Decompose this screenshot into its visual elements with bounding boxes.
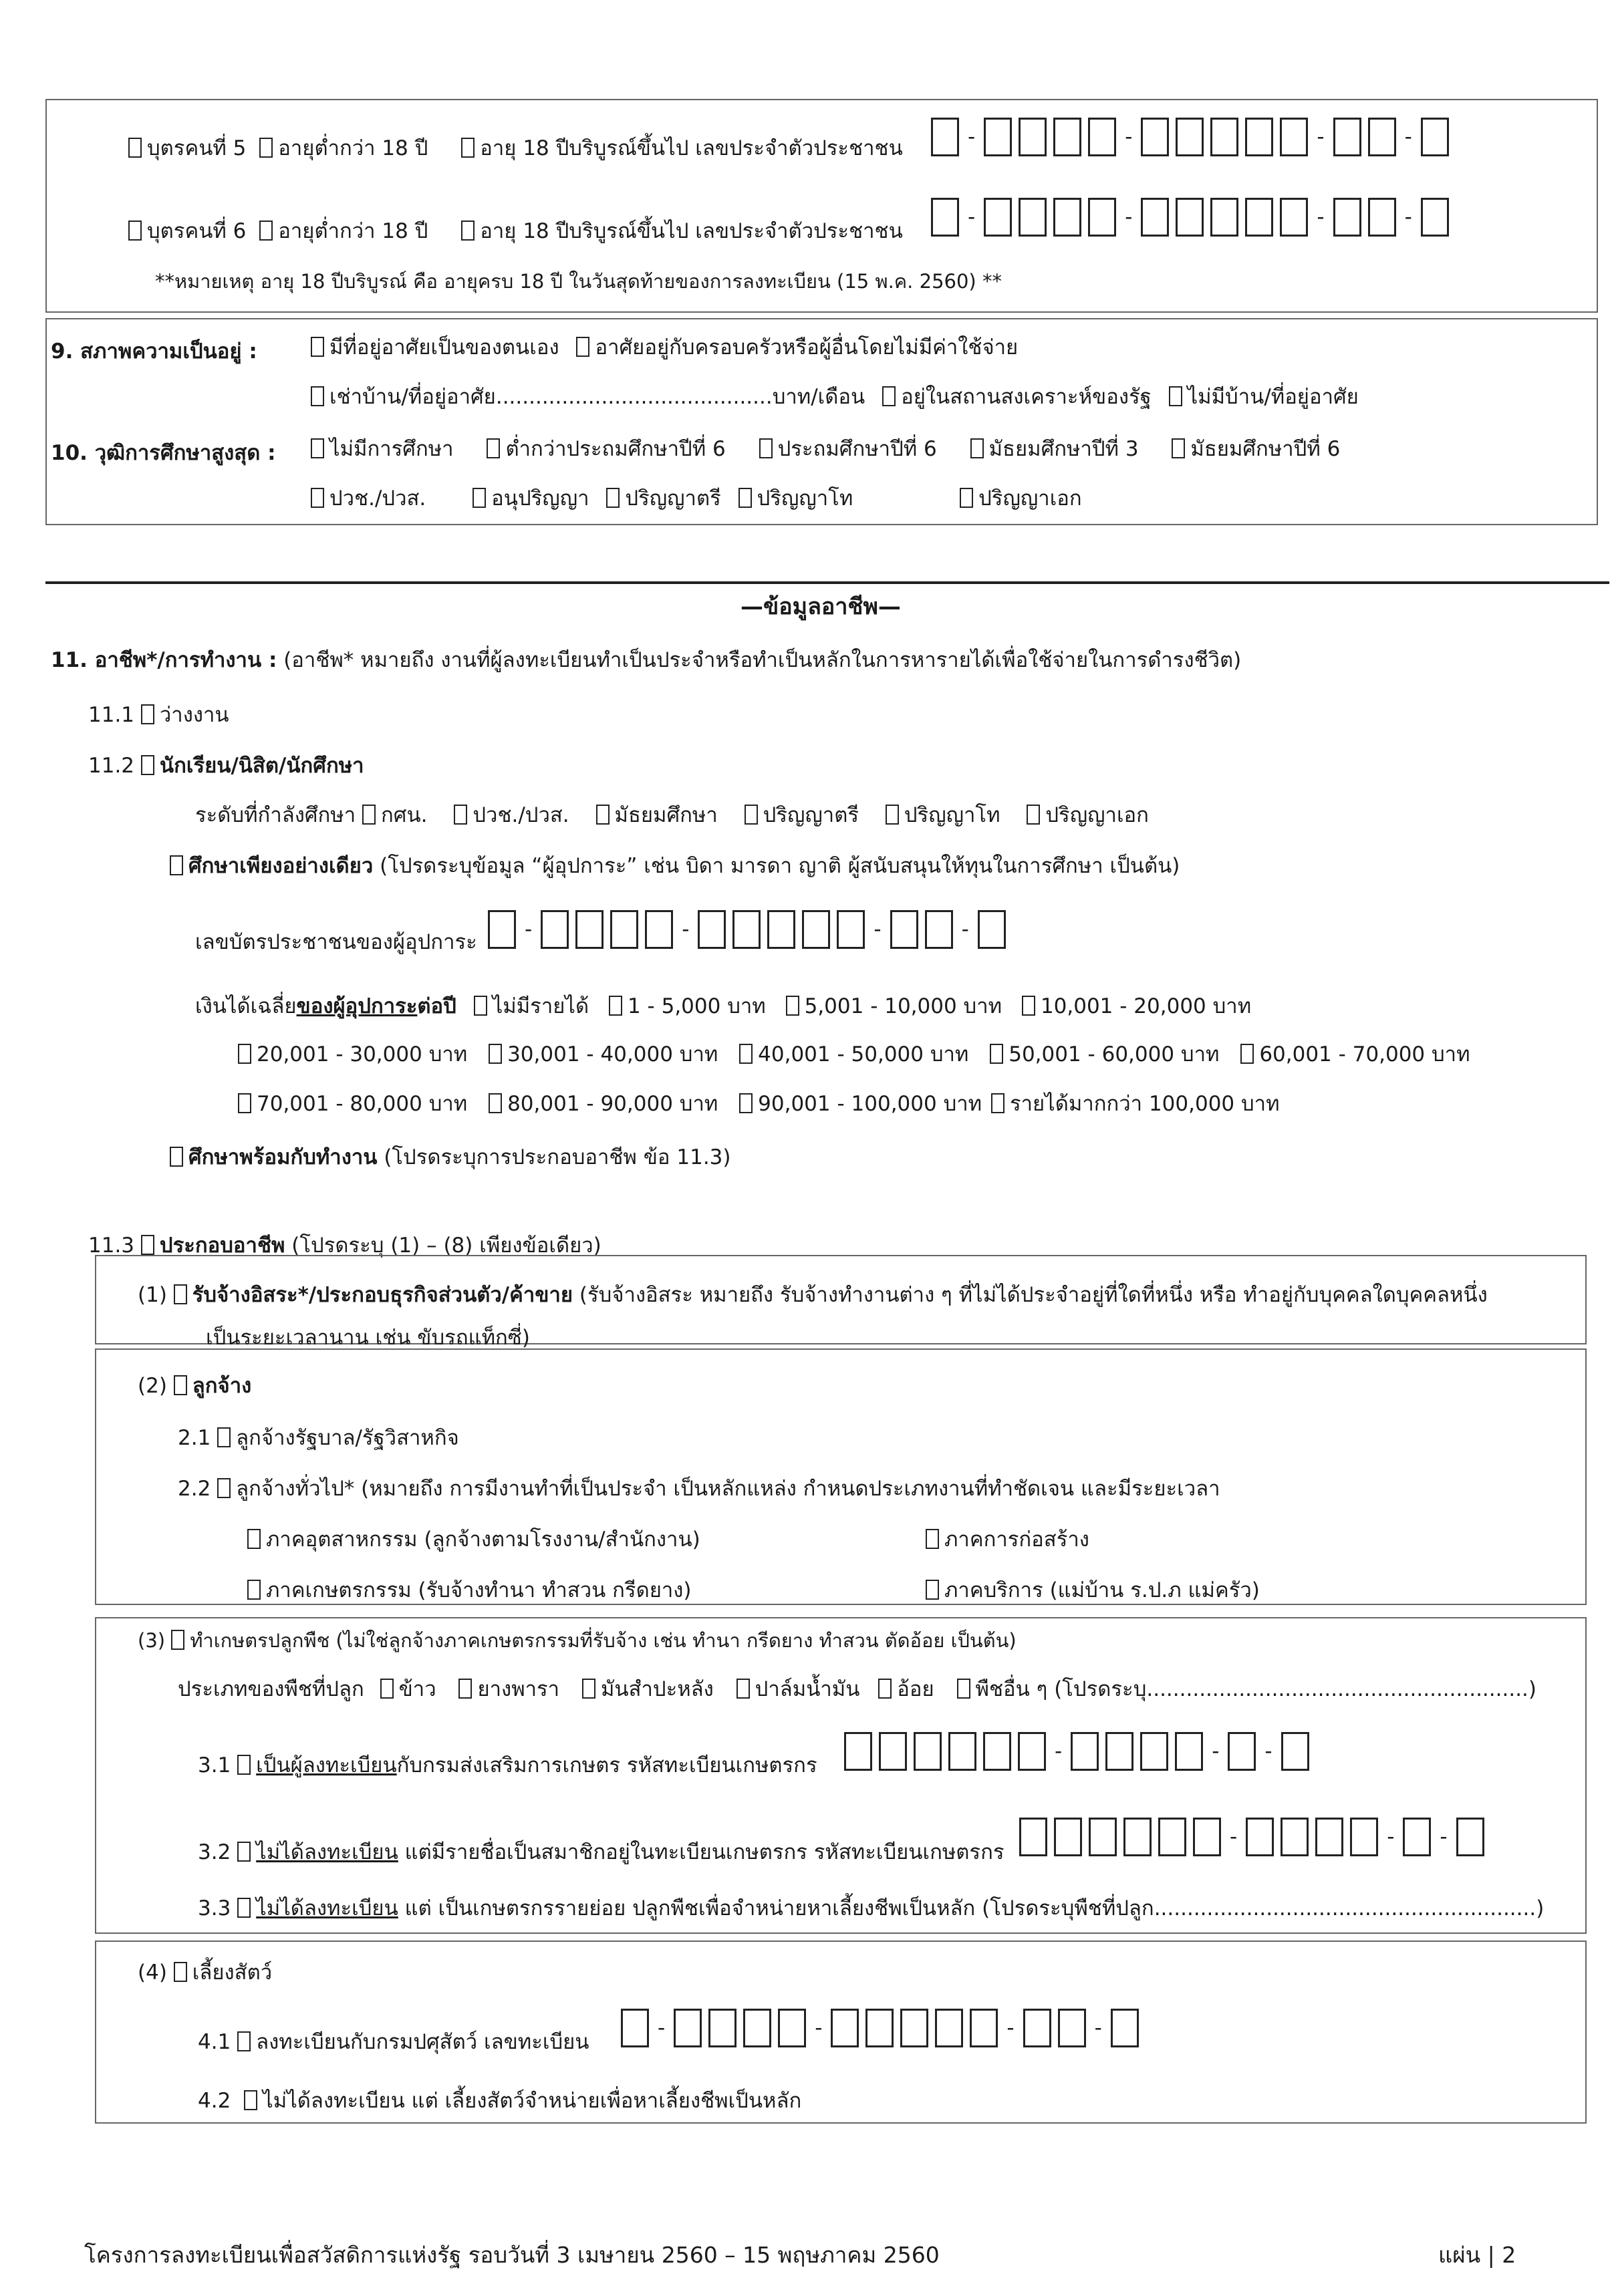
separator: - — [1125, 205, 1132, 229]
digit-box[interactable] — [948, 1732, 976, 1771]
section-title: —ข้อมูลอาชีพ— — [741, 588, 901, 624]
option-label: 50,001 - 60,000 บาท — [1009, 1042, 1219, 1066]
digit-box[interactable] — [1140, 1732, 1168, 1771]
digit-box[interactable] — [1281, 1818, 1309, 1856]
item-num: 11.1 — [88, 703, 134, 727]
option-label: ยางพารา — [477, 1677, 559, 1701]
checkbox-level[interactable] — [1027, 805, 1040, 825]
livestock-reg-field[interactable]: ---- — [618, 2009, 1142, 2047]
digit-box[interactable] — [984, 118, 1012, 156]
digit-box[interactable] — [1088, 198, 1116, 237]
option-label: ประกอบอาชีพ — [160, 1234, 285, 1258]
digit-box[interactable] — [743, 2009, 771, 2047]
checkbox-registered-farmer[interactable] — [237, 1755, 251, 1775]
digit-box[interactable] — [802, 910, 830, 949]
digit-box[interactable] — [1246, 1818, 1274, 1856]
digit-box[interactable] — [1333, 198, 1361, 237]
checkbox-income[interactable] — [1240, 1044, 1254, 1064]
crop-label: ประเภทของพืชที่ปลูก — [178, 1677, 364, 1701]
checkbox-level[interactable] — [745, 805, 758, 825]
checkbox-edu[interactable] — [1172, 438, 1185, 458]
digit-box[interactable] — [978, 910, 1006, 949]
checkbox-crop[interactable] — [380, 1679, 394, 1699]
option-label: มัธยมศึกษาปีที่ 3 — [989, 437, 1139, 461]
checkbox-crop[interactable] — [458, 1679, 472, 1699]
option-label: ไม่ได้ลงทะเบียน แต่ เลี้ยงสัตว์จำหน่ายเพ… — [263, 2089, 801, 2113]
checkbox-income[interactable] — [739, 1093, 753, 1113]
occupation-2: (2) ลูกจ้าง — [138, 1369, 251, 1402]
farmer-code-field-3-1[interactable]: --- — [841, 1732, 1313, 1771]
checkbox-over18[interactable] — [461, 221, 475, 241]
checkbox-under18[interactable] — [259, 221, 273, 241]
option-label: 30,001 - 40,000 บาท — [507, 1042, 718, 1066]
digit-box[interactable] — [983, 1732, 1011, 1771]
option-label: ปวช./ปวส. — [473, 803, 569, 827]
checkbox-unemployed[interactable] — [141, 704, 154, 724]
checkbox-over18[interactable] — [461, 138, 475, 158]
checkbox-live-with-family[interactable] — [576, 337, 589, 357]
checkbox-child-6[interactable] — [128, 221, 142, 241]
separator: - — [1317, 205, 1324, 229]
item-num: (4) — [138, 1961, 167, 1985]
digit-box[interactable] — [1210, 118, 1238, 156]
digit-box[interactable] — [1019, 198, 1047, 237]
digit-box[interactable] — [1193, 1818, 1221, 1856]
option-desc: (รับจ้างอิสระ หมายถึง รับจ้างทำงานต่าง ๆ… — [579, 1283, 1488, 1307]
digit-box[interactable] — [931, 198, 959, 237]
separator: - — [874, 917, 881, 942]
digit-box[interactable] — [1350, 1818, 1378, 1856]
checkbox-under18[interactable] — [259, 138, 273, 158]
checkbox-livestock-registered[interactable] — [237, 2031, 251, 2051]
option-label: ต่ำกว่าประถมศึกษาปีที่ 6 — [505, 437, 725, 461]
q11-label: 11. อาชีพ*/การทำงาน : — [51, 648, 277, 672]
income-label-year: ต่อปี — [417, 994, 456, 1018]
occupation-4-2: 4.2 ไม่ได้ลงทะเบียน แต่ เลี้ยงสัตว์จำหน่… — [198, 2084, 801, 2117]
checkbox-child-5[interactable] — [128, 138, 142, 158]
digit-box[interactable] — [1421, 198, 1449, 237]
digit-box[interactable] — [1368, 198, 1396, 237]
option-label: 70,001 - 80,000 บาท — [257, 1092, 467, 1116]
option-label: 80,001 - 90,000 บาท — [507, 1092, 718, 1116]
separator: - — [1440, 1825, 1447, 1849]
option-label: ศึกษาเพียงอย่างเดียว — [188, 854, 373, 878]
option-label: ไม่มีรายได้ — [493, 994, 589, 1018]
checkbox-edu[interactable] — [759, 438, 773, 458]
occupation-2-1: 2.1 ลูกจ้างรัฐบาล/รัฐวิสาหกิจ — [178, 1421, 459, 1454]
q9-row2: เช่าบ้าน/ที่อยู่อาศัย...................… — [311, 380, 1359, 413]
digit-box[interactable] — [1023, 2009, 1051, 2047]
digit-box[interactable] — [621, 2009, 649, 2047]
income-row-1: เงินได้เฉลี่ยของผู้อุปการะต่อปี ไม่มีราย… — [195, 989, 1251, 1022]
checkbox-gov-employee[interactable] — [217, 1427, 231, 1447]
option-label: 40,001 - 50,000 บาท — [758, 1042, 968, 1066]
q10-row1: ไม่มีการศึกษา ต่ำกว่าประถมศึกษาปีที่ 6 ป… — [311, 432, 1340, 465]
digit-box[interactable] — [575, 910, 603, 949]
digit-box[interactable] — [879, 1732, 907, 1771]
option-desc: (โปรดระบุการประกอบอาชีพ ข้อ 11.3) — [384, 1145, 730, 1169]
option-label: ปาล์มน้ำมัน — [755, 1677, 860, 1701]
option-label-underlined: ไม่ได้ลงทะเบียน — [256, 1896, 398, 1920]
sector-agriculture: ภาคเกษตรกรรม (รับจ้างทำนา ทำสวน กรีดยาง) — [247, 1573, 692, 1606]
item-num: (2) — [138, 1374, 167, 1398]
option-label: ปริญญาเอก — [1045, 803, 1149, 827]
separator: - — [525, 917, 532, 942]
digit-box[interactable] — [541, 910, 569, 949]
checkbox-edu[interactable] — [960, 488, 973, 508]
checkbox-income[interactable] — [474, 996, 487, 1016]
option-label: ลูกจ้างรัฐบาล/รัฐวิสาหกิจ — [236, 1426, 459, 1450]
digit-box[interactable] — [1053, 198, 1081, 237]
option-desc: (โปรดระบุข้อมูล “ผู้อุปการะ” เช่น บิดา ม… — [380, 854, 1180, 878]
checkbox-edu[interactable] — [606, 488, 620, 508]
separator: - — [815, 2016, 822, 2040]
digit-box[interactable] — [1054, 1818, 1082, 1856]
digit-box[interactable] — [844, 1732, 872, 1771]
checkbox-income[interactable] — [238, 1044, 251, 1064]
q11-2: 11.2 นักเรียน/นิสิต/นักศึกษา — [88, 748, 364, 782]
checkbox-freelance[interactable] — [174, 1284, 187, 1304]
page-number: แผ่น | 2 — [1438, 2237, 1516, 2273]
citizen-id-field-child-5[interactable]: ---- — [928, 118, 1452, 156]
option-label: นักเรียน/นิสิต/นักศึกษา — [160, 754, 364, 778]
option-label: รายได้มากกว่า 100,000 บาท — [1010, 1092, 1280, 1116]
digit-box[interactable] — [1071, 1732, 1099, 1771]
occupation-4: (4) เลี้ยงสัตว์ — [138, 1955, 272, 1989]
checkbox-employee[interactable] — [174, 1375, 187, 1395]
separator: - — [1007, 2016, 1014, 2040]
digit-box[interactable] — [1281, 1732, 1309, 1771]
option-label: ปริญญาโท — [757, 486, 853, 511]
child-label: บุตรคนที่ 6 — [147, 219, 246, 243]
income-label-guardian: ของผู้อุปการะ — [297, 994, 418, 1018]
option-label-underlined: เป็นผู้ลงทะเบียน — [256, 1753, 396, 1777]
checkbox-income[interactable] — [990, 1044, 1003, 1064]
separator: - — [1095, 2016, 1102, 2040]
digit-box[interactable] — [1176, 118, 1204, 156]
child-row-6: บุตรคนที่ 6 อายุต่ำกว่า 18 ปี อายุ 18 ปี… — [128, 214, 903, 247]
separator: - — [1264, 1739, 1272, 1763]
checkbox-level[interactable] — [362, 805, 376, 825]
checkbox-income[interactable] — [489, 1044, 502, 1064]
q11-1: 11.1 ว่างงาน — [88, 698, 229, 731]
option-label: มัธยมศึกษา — [615, 803, 718, 827]
separator: - — [1317, 125, 1324, 149]
separator: - — [1230, 1825, 1237, 1849]
item-num: 4.1 — [198, 2030, 231, 2054]
option-label: ภาคการก่อสร้าง — [944, 1528, 1089, 1552]
digit-box[interactable] — [1403, 1818, 1431, 1856]
option-label: ข้าว — [399, 1677, 436, 1701]
option-label: 10,001 - 20,000 บาท — [1041, 994, 1251, 1018]
checkbox-income[interactable] — [1022, 996, 1035, 1016]
option-label: รับจ้างอิสระ*/ประกอบธุรกิจส่วนตัว/ค้าขาย — [192, 1283, 573, 1307]
option-label: ปริญญาโท — [904, 803, 1000, 827]
checkbox-own-home[interactable] — [311, 337, 324, 357]
checkbox-student[interactable] — [141, 755, 154, 775]
digit-box[interactable] — [900, 2009, 928, 2047]
under18-label: อายุต่ำกว่า 18 ปี — [278, 219, 428, 243]
checkbox-edu[interactable] — [970, 438, 984, 458]
digit-box[interactable] — [1245, 118, 1273, 156]
digit-box[interactable] — [488, 910, 516, 949]
checkbox-crop[interactable] — [878, 1679, 892, 1699]
citizen-id-field-child-6[interactable]: ---- — [928, 198, 1452, 237]
separator: - — [1055, 1739, 1062, 1763]
income-row-3: 70,001 - 80,000 บาท 80,001 - 90,000 บาท … — [238, 1087, 1280, 1120]
option-label: ไม่มีการศึกษา — [329, 437, 454, 461]
digit-box[interactable] — [1245, 198, 1273, 237]
option-label: ปวช./ปวส. — [329, 486, 426, 511]
q10-label: 10. วุฒิการศึกษาสูงสุด : — [51, 436, 276, 469]
guardian-id-label: เลขบัตรประชาชนของผู้อุปการะ — [195, 925, 477, 958]
digit-box[interactable] — [931, 118, 959, 156]
separator: - — [1405, 125, 1412, 149]
study-only-row: ศึกษาเพียงอย่างเดียว (โปรดระบุข้อมูล “ผู… — [170, 849, 1180, 882]
checkbox-income[interactable] — [786, 996, 799, 1016]
age-note: **หมายเหตุ อายุ 18 ปีบริบูรณ์ คือ อายุคร… — [155, 266, 1002, 297]
occupation-1: (1) รับจ้างอิสระ*/ประกอบธุรกิจส่วนตัว/ค้… — [138, 1278, 1488, 1311]
study-work-row: ศึกษาพร้อมกับทำงาน (โปรดระบุการประกอบอาช… — [170, 1140, 731, 1173]
study-level-row: ระดับที่กำลังศึกษา กศน. ปวช./ปวส. มัธยมศ… — [195, 798, 1149, 831]
option-label: ภาคบริการ (แม่บ้าน ร.ป.ภ แม่ครัว) — [944, 1578, 1260, 1602]
checkbox-crop[interactable] — [582, 1679, 595, 1699]
checkbox-edu[interactable] — [473, 488, 486, 508]
option-label: กับกรมส่งเสริมการเกษตร รหัสทะเบียนเกษตรก… — [397, 1753, 817, 1777]
item-num: 3.3 — [198, 1896, 231, 1920]
digit-box[interactable] — [1456, 1818, 1484, 1856]
checkbox-crop[interactable] — [736, 1679, 750, 1699]
checkbox-study-work[interactable] — [170, 1147, 183, 1167]
digit-box[interactable] — [732, 910, 761, 949]
separator: - — [962, 917, 969, 942]
crop-types-row: ประเภทของพืชที่ปลูก ข้าว ยางพารา มันสำปะ… — [178, 1672, 1536, 1705]
option-desc: (โปรดระบุ (1) – (8) เพียงข้อเดียว) — [291, 1234, 601, 1258]
digit-box[interactable] — [1123, 1818, 1152, 1856]
item-num: 3.2 — [198, 1840, 231, 1864]
digit-box[interactable] — [935, 2009, 963, 2047]
checkbox-sector[interactable] — [926, 1580, 939, 1600]
digit-box[interactable] — [1210, 198, 1238, 237]
option-label: มีที่อยู่อาศัยเป็นของตนเอง — [329, 335, 559, 360]
checkbox-sector[interactable] — [926, 1529, 939, 1549]
option-label: เช่าบ้าน/ที่อยู่อาศัย...................… — [329, 385, 865, 409]
separator: - — [658, 2016, 665, 2040]
digit-box[interactable] — [1158, 1818, 1186, 1856]
digit-box[interactable] — [708, 2009, 736, 2047]
checkbox-sector[interactable] — [247, 1529, 261, 1549]
separator: - — [968, 125, 975, 149]
option-label: อยู่ในสถานสงเคราะห์ของรัฐ — [901, 385, 1152, 409]
checkbox-livestock-unregistered[interactable] — [244, 2090, 257, 2110]
checkbox-small-farmer[interactable] — [237, 1898, 251, 1918]
digit-box[interactable] — [698, 910, 726, 949]
over18-label: อายุ 18 ปีบริบูรณ์ขึ้นไป เลขประจำตัวประช… — [480, 219, 902, 243]
digit-box[interactable] — [984, 198, 1012, 237]
option-label-underlined: ไม่ได้ลงทะเบียน — [256, 1840, 398, 1864]
option-label: 20,001 - 30,000 บาท — [257, 1042, 467, 1066]
level-label: ระดับที่กำลังศึกษา — [195, 803, 356, 827]
separator: - — [968, 205, 975, 229]
checkbox-income[interactable] — [238, 1093, 251, 1113]
digit-box[interactable] — [1280, 118, 1308, 156]
option-label: มันสำปะหลัง — [601, 1677, 714, 1701]
checkbox-edu[interactable] — [311, 488, 324, 508]
separator: - — [1125, 125, 1132, 149]
q10-row2: ปวช./ปวส. อนุปริญญา ปริญญาตรี ปริญญาโท ป… — [311, 481, 1082, 515]
q9-row1: มีที่อยู่อาศัยเป็นของตนเอง อาศัยอยู่กับค… — [311, 330, 1018, 364]
checkbox-study-only[interactable] — [170, 855, 183, 875]
option-label: 1 - 5,000 บาท — [628, 994, 766, 1018]
digit-box[interactable] — [1111, 2009, 1139, 2047]
section-divider — [45, 581, 1609, 584]
digit-box[interactable] — [1018, 1732, 1046, 1771]
checkbox-level[interactable] — [886, 805, 899, 825]
item-num: (1) — [138, 1283, 167, 1307]
sector-construction: ภาคการก่อสร้าง — [926, 1522, 1089, 1556]
digit-box[interactable] — [1368, 118, 1396, 156]
occupation-3-1: 3.1 เป็นผู้ลงทะเบียนกับกรมส่งเสริมการเกษ… — [198, 1748, 817, 1781]
digit-box[interactable] — [837, 910, 865, 949]
option-label: 90,001 - 100,000 บาท — [758, 1092, 982, 1116]
option-label: ปริญญาตรี — [625, 486, 720, 511]
option-label: มัธยมศึกษาปีที่ 6 — [1190, 437, 1340, 461]
option-label: ทำเกษตรปลูกพืช (ไม่ใช่ลูกจ้างภาคเกษตรกรร… — [190, 1629, 1016, 1652]
q11-heading: 11. อาชีพ*/การทำงาน : (อาชีพ* หมายถึง งา… — [51, 643, 1241, 676]
checkbox-edu[interactable] — [311, 438, 324, 458]
separator: - — [682, 917, 689, 942]
sector-service: ภาคบริการ (แม่บ้าน ร.ป.ภ แม่ครัว) — [926, 1573, 1260, 1606]
checkbox-crop[interactable] — [957, 1679, 970, 1699]
checkbox-income[interactable] — [609, 996, 622, 1016]
option-label: เลี้ยงสัตว์ — [192, 1961, 272, 1985]
option-label: พืชอื่น ๆ (โปรดระบุ.....................… — [976, 1677, 1536, 1701]
option-label: ปริญญาเอก — [978, 486, 1082, 511]
checkbox-level[interactable] — [454, 805, 467, 825]
option-label: ไม่มีบ้าน/ที่อยู่อาศัย — [1188, 385, 1359, 409]
option-label: กศน. — [381, 803, 428, 827]
checkbox-level[interactable] — [596, 805, 610, 825]
checkbox-crop-farmer[interactable] — [171, 1630, 184, 1650]
digit-box[interactable] — [1141, 198, 1169, 237]
digit-box[interactable] — [1315, 1818, 1343, 1856]
item-num: 3.1 — [198, 1753, 231, 1777]
child-label: บุตรคนที่ 5 — [147, 136, 246, 160]
guardian-id-field[interactable]: ---- — [485, 910, 1009, 949]
separator: - — [1405, 205, 1412, 229]
occupation-3: (3) ทำเกษตรปลูกพืช (ไม่ใช่ลูกจ้างภาคเกษต… — [138, 1625, 1017, 1656]
option-label: แต่มีรายชื่อเป็นสมาชิกอยู่ในทะเบียนเกษตร… — [398, 1840, 1004, 1864]
digit-box[interactable] — [1053, 118, 1081, 156]
checkbox-income[interactable] — [991, 1093, 1004, 1113]
option-label: 5,001 - 10,000 บาท — [805, 994, 1002, 1018]
option-label: ลูกจ้าง — [192, 1374, 251, 1398]
sector-industry: ภาคอุตสาหกรรม (ลูกจ้างตามโรงงาน/สำนักงาน… — [247, 1522, 700, 1556]
occupation-3-2: 3.2 ไม่ได้ลงทะเบียน แต่มีรายชื่อเป็นสมาช… — [198, 1835, 1004, 1868]
option-label: 60,001 - 70,000 บาท — [1259, 1042, 1470, 1066]
option-label: อ้อย — [897, 1677, 934, 1701]
item-num: 11.2 — [88, 754, 134, 778]
checkbox-income[interactable] — [739, 1044, 753, 1064]
checkbox-edu[interactable] — [487, 438, 500, 458]
digit-box[interactable] — [970, 2009, 998, 2047]
checkbox-edu[interactable] — [739, 488, 752, 508]
checkbox-livestock[interactable] — [174, 1962, 187, 1982]
digit-box[interactable] — [1421, 118, 1449, 156]
digit-box[interactable] — [1105, 1732, 1133, 1771]
digit-box[interactable] — [914, 1732, 942, 1771]
digit-box[interactable] — [645, 910, 673, 949]
item-num: 2.2 — [178, 1477, 211, 1501]
farmer-code-field-3-2[interactable]: --- — [1016, 1818, 1488, 1856]
checkbox-employed[interactable] — [141, 1235, 154, 1255]
item-num: 11.3 — [88, 1234, 134, 1258]
checkbox-welfare-home[interactable] — [882, 386, 896, 406]
q11-desc: (อาชีพ* หมายถึง งานที่ผู้ลงทะเบียนทำเป็น… — [283, 648, 1241, 672]
option-label: แต่ เป็นเกษตรกรรายย่อย ปลูกพืชเพื่อจำหน่… — [398, 1896, 1545, 1920]
option-label: ปริญญาตรี — [763, 803, 859, 827]
digit-box[interactable] — [1019, 118, 1047, 156]
checkbox-member-farmer[interactable] — [237, 1842, 251, 1862]
occupation-2-2: 2.2 ลูกจ้างทั่วไป* (หมายถึง การมีงานทำที… — [178, 1471, 1220, 1505]
item-num: 4.2 — [198, 2089, 231, 2113]
income-row-2: 20,001 - 30,000 บาท 30,001 - 40,000 บาท … — [238, 1037, 1470, 1070]
q9-label: 9. สภาพความเป็นอยู่ : — [51, 334, 257, 368]
occupation-4-1: 4.1 ลงทะเบียนกับกรมปศุสัตว์ เลขทะเบียน — [198, 2025, 589, 2058]
occupation-3-3: 3.3 ไม่ได้ลงทะเบียน แต่ เป็นเกษตรกรรายย่… — [198, 1891, 1544, 1924]
checkbox-sector[interactable] — [247, 1580, 261, 1600]
checkbox-rent[interactable] — [311, 386, 324, 406]
digit-box[interactable] — [1333, 118, 1361, 156]
digit-box[interactable] — [1088, 118, 1116, 156]
checkbox-homeless[interactable] — [1169, 386, 1182, 406]
item-num: 2.1 — [178, 1426, 211, 1450]
digit-box[interactable] — [674, 2009, 702, 2047]
option-label: ลงทะเบียนกับกรมปศุสัตว์ เลขทะเบียน — [256, 2030, 589, 2054]
separator: - — [1387, 1825, 1394, 1849]
option-label: อาศัยอยู่กับครอบครัวหรือผู้อื่นโดยไม่มีค… — [595, 335, 1018, 360]
option-label: อนุปริญญา — [491, 486, 589, 511]
digit-box[interactable] — [890, 910, 918, 949]
digit-box[interactable] — [1175, 1732, 1203, 1771]
item-num: (3) — [138, 1629, 165, 1652]
option-label: ภาคเกษตรกรรม (รับจ้างทำนา ทำสวน กรีดยาง) — [266, 1578, 692, 1602]
digit-box[interactable] — [1019, 1818, 1047, 1856]
digit-box[interactable] — [1058, 2009, 1086, 2047]
digit-box[interactable] — [1280, 198, 1308, 237]
income-label: เงินได้เฉลี่ย — [195, 994, 297, 1018]
separator: - — [1212, 1739, 1219, 1763]
digit-box[interactable] — [1141, 118, 1169, 156]
digit-box[interactable] — [831, 2009, 859, 2047]
digit-box[interactable] — [865, 2009, 894, 2047]
digit-box[interactable] — [767, 910, 795, 949]
option-label: ศึกษาพร้อมกับทำงาน — [188, 1145, 377, 1169]
footer-project: โครงการลงทะเบียนเพื่อสวัสดิการแห่งรัฐ รอ… — [84, 2237, 940, 2273]
option-label: ลูกจ้างทั่วไป* (หมายถึง การมีงานทำที่เป็… — [236, 1477, 1220, 1501]
option-label: ว่างงาน — [160, 703, 229, 727]
digit-box[interactable] — [1228, 1732, 1256, 1771]
checkbox-general-employee[interactable] — [217, 1478, 231, 1498]
digit-box[interactable] — [778, 2009, 806, 2047]
checkbox-income[interactable] — [489, 1093, 502, 1113]
digit-box[interactable] — [1176, 198, 1204, 237]
digit-box[interactable] — [1089, 1818, 1117, 1856]
digit-box[interactable] — [925, 910, 953, 949]
under18-label: อายุต่ำกว่า 18 ปี — [278, 136, 428, 160]
child-row-5: บุตรคนที่ 5 อายุต่ำกว่า 18 ปี อายุ 18 ปี… — [128, 131, 903, 164]
digit-box[interactable] — [610, 910, 638, 949]
